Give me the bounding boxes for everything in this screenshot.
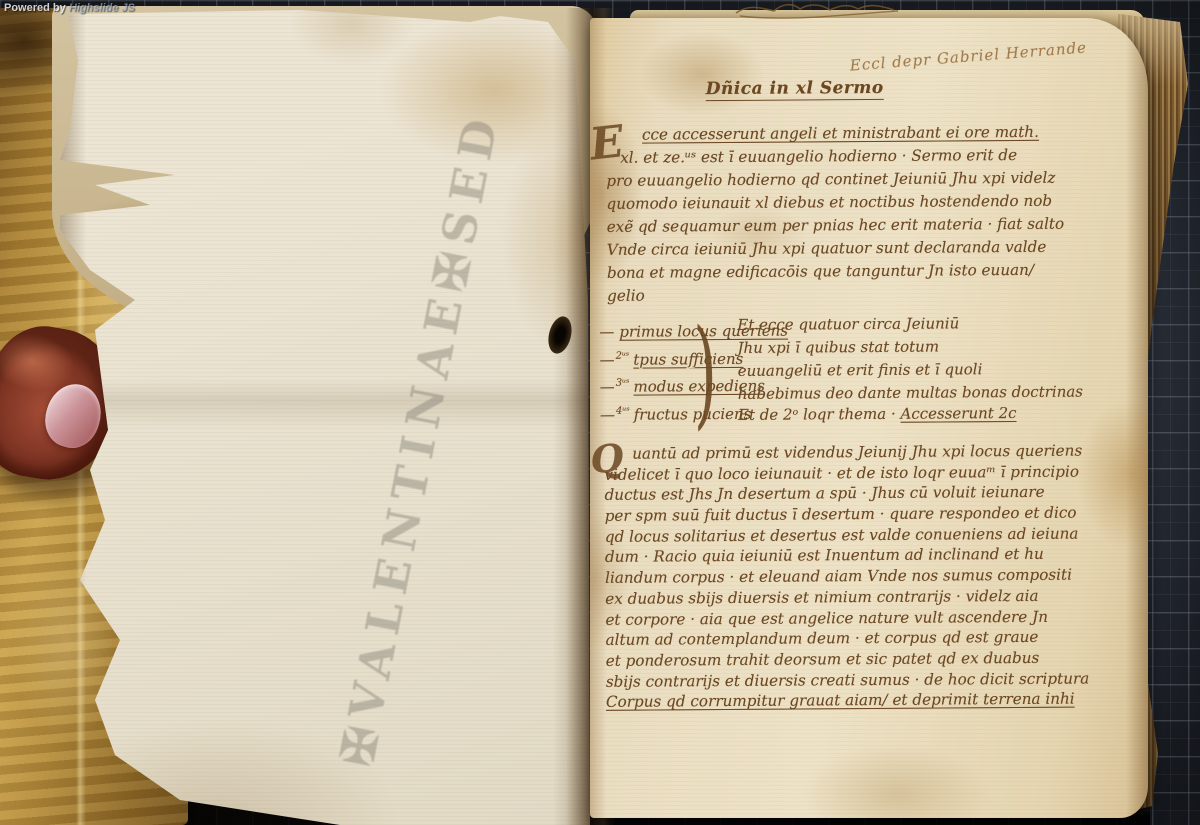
manuscript-line: gelio	[607, 281, 1142, 308]
list-item-number: 2ᵘˢ	[616, 350, 630, 361]
list-item-label: fructus puciens	[634, 404, 752, 423]
manuscript-line: Jhu xpi ī quibus stat totum	[737, 335, 1082, 360]
library-stamp: ✠VALENTINAE✠SED	[329, 106, 509, 770]
thumb-nail	[38, 378, 108, 454]
paragraph-2: uantū ad primū est videndus Jeiunij Jhu …	[604, 440, 1151, 713]
manuscript-photo[interactable]: ✠VALENTINAE✠SED Eccl depr Gabriel Herran…	[0, 0, 1200, 825]
ownership-inscription: Eccl depr Gabriel Herrande	[849, 34, 1149, 75]
manuscript-line: Corpus qd corrumpitur grauat aiam/ et de…	[606, 688, 1151, 712]
manuscript-line: videlicet ī quo loco ieiunauit · et de i…	[604, 461, 1149, 485]
section-heading: Dñica in xl Sermo	[706, 78, 884, 99]
list-brace: )	[693, 303, 717, 441]
manuscript-line: Et ecce quatuor circa Jeiuniū	[737, 312, 1082, 337]
side-note-last-line: Et de 2ᵒ loqr thema · Accesserunt 2c	[738, 404, 1017, 424]
manuscript-line: liandum corpus · et eleuand aiam Vnde no…	[605, 564, 1150, 588]
manuscript-text-layer: Eccl depr Gabriel Herrande Dñica in xl S…	[587, 16, 1151, 820]
viewer-name[interactable]: Highslide JS	[69, 2, 135, 14]
paragraph-1: cce accesserunt angeli et ministrabant e…	[606, 120, 1142, 308]
manuscript-line: exẽ qd sequamur eum per pnias hec erit m…	[607, 212, 1142, 239]
list-item-number: 4ᵘˢ	[616, 405, 630, 416]
list-dash: —	[600, 401, 616, 429]
list-item-label: tpus sufficiens	[633, 349, 743, 368]
manuscript-line: qd locus solitarius et desertus est vald…	[605, 523, 1150, 547]
powered-by-label: Powered by	[4, 2, 66, 14]
left-blank-page: ✠VALENTINAE✠SED	[60, 8, 590, 825]
manuscript-line: euuangeliū et erit finis et ī quoli	[738, 358, 1083, 383]
side-note: Et ecce quatuor circa JeiuniūJhu xpi ī q…	[737, 312, 1083, 406]
manuscript-line: habebimus deo dante multas bonas doctrin…	[738, 381, 1083, 406]
highslide-watermark[interactable]: Powered by Highslide JS	[4, 2, 135, 14]
list-item-number: 3ᵘˢ	[616, 378, 630, 389]
